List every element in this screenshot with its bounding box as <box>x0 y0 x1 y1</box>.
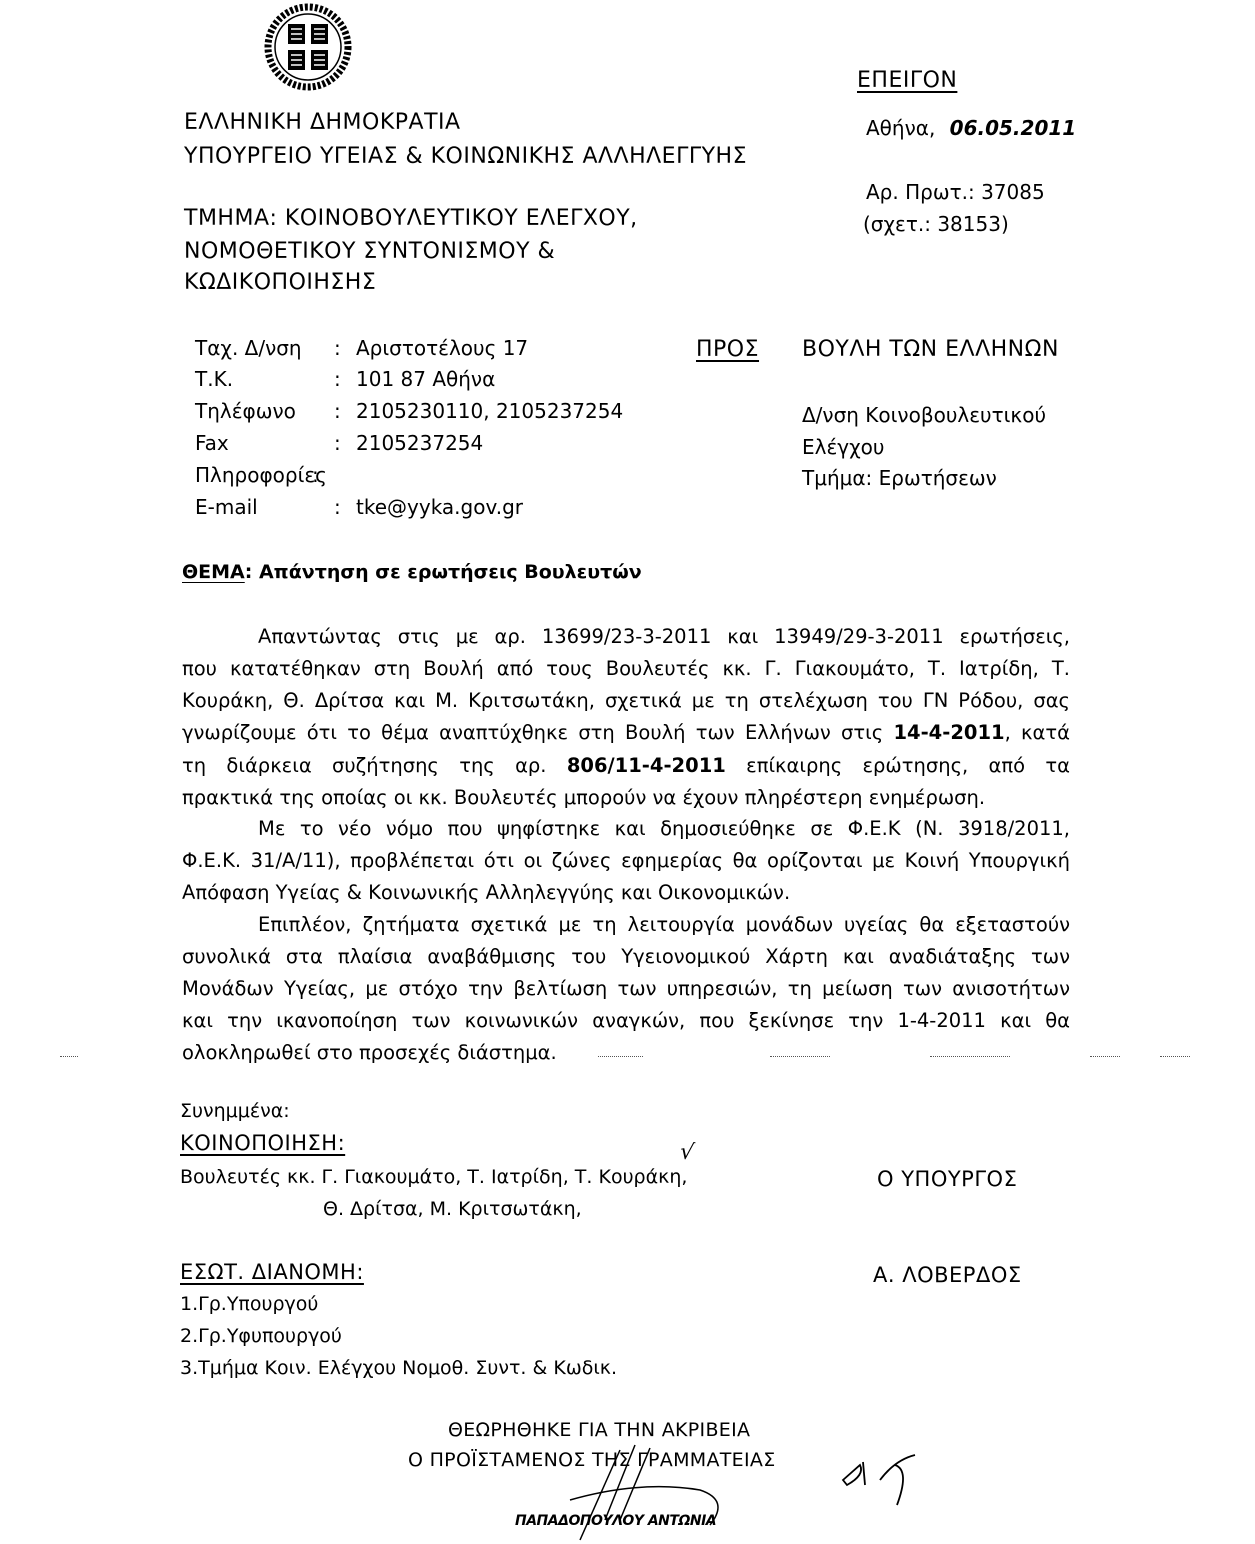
greek-coat-of-arms-icon <box>262 2 354 92</box>
ministry-header: ΥΠΟΥΡΓΕΙΟ ΥΓΕΙΑΣ & ΚΟΙΝΩΝΙΚΗΣ ΑΛΛΗΛΕΓΓΥΗ… <box>184 144 747 169</box>
contact-value: 2105230110, 2105237254 <box>356 399 623 423</box>
cc-line-2: Θ. Δρίτσα, Μ. Κριτσωτάκη, <box>323 1198 582 1220</box>
contact-label: Τ.Κ. <box>195 367 233 391</box>
scan-artifact-line <box>1090 1056 1120 1057</box>
checkmark-icon: √ <box>678 1139 695 1166</box>
body-p1-line: Κουράκη, Θ. Δρίτσα και Μ. Κριτσωτάκη, σχ… <box>182 689 1070 712</box>
contact-label: Πληροφορίες <box>195 463 327 487</box>
country-header: ΕΛΛΗΝΙΚΗ ΔΗΜΟΚΡΑΤΙΑ <box>184 110 461 135</box>
stamp-name: ΠΑΠΑΔΟΠΟΥΛΟΥ ΑΝΤΩΝΙΑ <box>515 1513 716 1529</box>
department-line-1: ΤΜΗΜΑ: ΚΟΙΝΟΒΟΥΛΕΥΤΙΚΟΥ ΕΛΕΓΧΟΥ, <box>184 206 638 231</box>
body-p3-line: και την ικανοποίηση των κοινωνικών αναγκ… <box>182 1009 1070 1032</box>
body-text: επίκαιρης ερώτησης, από τα <box>726 754 1070 777</box>
body-p1-line: που κατατέθηκαν στη Βουλή από τους Βουλε… <box>182 657 1070 680</box>
initials-icon <box>835 1450 935 1510</box>
scan-artifact-line <box>770 1056 830 1057</box>
body-text: , κατά <box>1005 721 1070 744</box>
contact-value: 2105237254 <box>356 431 483 455</box>
body-p2-line: Απόφαση Υγείας & Κοινωνικής Αλληλεγγύης … <box>182 881 1070 904</box>
contact-label: Τηλέφωνο <box>195 399 296 423</box>
debate-date: 14-4-2011 <box>893 721 1004 744</box>
body-p2-line: Με το νέο νόμο που ψηφίστηκε και δημοσιε… <box>182 817 1070 840</box>
subject-line: ΘΕΜΑ: Απάντηση σε ερωτήσεις Βουλευτών <box>182 561 642 583</box>
verification-line-1: ΘΕΩΡΗΘΗΚΕ ΓΙΑ ΤΗΝ ΑΚΡΙΒΕΙΑ <box>448 1419 750 1441</box>
contact-label: Fax <box>195 431 229 455</box>
recipient-line-2: Ελέγχου <box>802 435 884 459</box>
date-line: Αθήνα, 06.05.2011 <box>866 116 1076 140</box>
protocol-number: Αρ. Πρωτ.: 37085 <box>866 180 1045 204</box>
cc-line-1: Βουλευτές κκ. Γ. Γιακουμάτο, Τ. Ιατρίδη,… <box>180 1166 687 1188</box>
contact-separator: : <box>334 367 341 391</box>
contact-separator: : <box>334 495 341 519</box>
document-date: 06.05.2011 <box>950 116 1077 140</box>
body-p2-line: Φ.Ε.Κ. 31/Α/11), προβλέπεται ότι οι ζώνε… <box>182 849 1070 872</box>
body-text: γνωρίζουμε ότι το θέμα αναπτύχθηκε στη Β… <box>182 721 893 744</box>
body-p3-line: συνολικά στα πλαίσια αναβάθμισης του Υγε… <box>182 945 1070 968</box>
signatory-name: Α. ΛΟΒΕΡΔΟΣ <box>873 1263 1022 1287</box>
body-p3-line: Επιπλέον, ζητήματα σχετικά με τη λειτουρ… <box>182 913 1070 936</box>
cc-label: ΚΟΙΝΟΠΟΙΗΣΗ: <box>180 1131 345 1155</box>
question-number: 806/11-4-2011 <box>567 754 726 777</box>
contact-label: E-mail <box>195 495 258 519</box>
internal-item: 1.Γρ.Υπουργού <box>180 1293 318 1315</box>
department-line-3: ΚΩΔΙΚΟΠΟΙΗΣΗΣ <box>184 270 376 295</box>
internal-item: 2.Γρ.Υφυπουργού <box>180 1325 342 1347</box>
attachments-label: Συνημμένα: <box>180 1100 290 1122</box>
body-p1-line: γνωρίζουμε ότι το θέμα αναπτύχθηκε στη Β… <box>182 721 1070 744</box>
contact-value: 101 87 Αθήνα <box>356 367 495 391</box>
contact-separator: : <box>334 431 341 455</box>
subject-label: ΘΕΜΑ <box>182 561 245 583</box>
contact-label: Ταχ. Δ/νση <box>195 336 302 360</box>
email-link[interactable]: tke@yyka.gov.gr <box>356 495 523 519</box>
body-p1-line: Απαντώντας στις με αρ. 13699/23-3-2011 κ… <box>182 625 1070 648</box>
contact-value: Αριστοτέλους 17 <box>356 336 528 360</box>
recipient-name: ΒΟΥΛΗ ΤΩΝ ΕΛΛΗΝΩΝ <box>802 337 1059 362</box>
to-label: ΠΡΟΣ <box>696 337 759 362</box>
body-p1-line: πρακτικά της οποίας οι κκ. Βουλευτές μπο… <box>182 786 1070 809</box>
signatory-title: Ο ΥΠΟΥΡΓΟΣ <box>877 1167 1017 1191</box>
scan-artifact-line <box>1160 1056 1190 1057</box>
scan-artifact-line <box>60 1056 78 1057</box>
contact-separator: : <box>334 336 341 360</box>
subject-text: : Απάντηση σε ερωτήσεις Βουλευτών <box>245 561 642 583</box>
department-line-2: ΝΟΜΟΘΕΤΙΚΟΥ ΣΥΝΤΟΝΙΣΜΟΥ & <box>184 239 555 264</box>
body-p1-line: τη διάρκεια συζήτησης της αρ. 806/11-4-2… <box>182 754 1070 777</box>
internal-item: 3.Τμήμα Κοιν. Ελέγχου Νομοθ. Συντ. & Κωδ… <box>180 1357 617 1379</box>
body-text: τη διάρκεια συζήτησης της αρ. <box>182 754 567 777</box>
place-label: Αθήνα, <box>866 116 935 140</box>
scan-artifact-line <box>598 1056 643 1057</box>
recipient-line-1: Δ/νση Κοινοβουλευτικού <box>802 403 1046 427</box>
contact-separator: : <box>312 463 319 487</box>
recipient-line-3: Τμήμα: Ερωτήσεων <box>802 466 997 490</box>
related-number: (σχετ.: 38153) <box>863 212 1009 236</box>
internal-distribution-label: ΕΣΩΤ. ΔΙΑΝΟΜΗ: <box>180 1260 364 1284</box>
urgency-label: ΕΠΕΙΓΟΝ <box>857 68 957 93</box>
contact-separator: : <box>334 399 341 423</box>
body-p3-line: ολοκληρωθεί στο προσεχές διάστημα. <box>182 1041 1070 1064</box>
scan-artifact-line <box>930 1056 1010 1057</box>
body-p3-line: Μονάδων Υγείας, με στόχο την βελτίωση τω… <box>182 977 1070 1000</box>
